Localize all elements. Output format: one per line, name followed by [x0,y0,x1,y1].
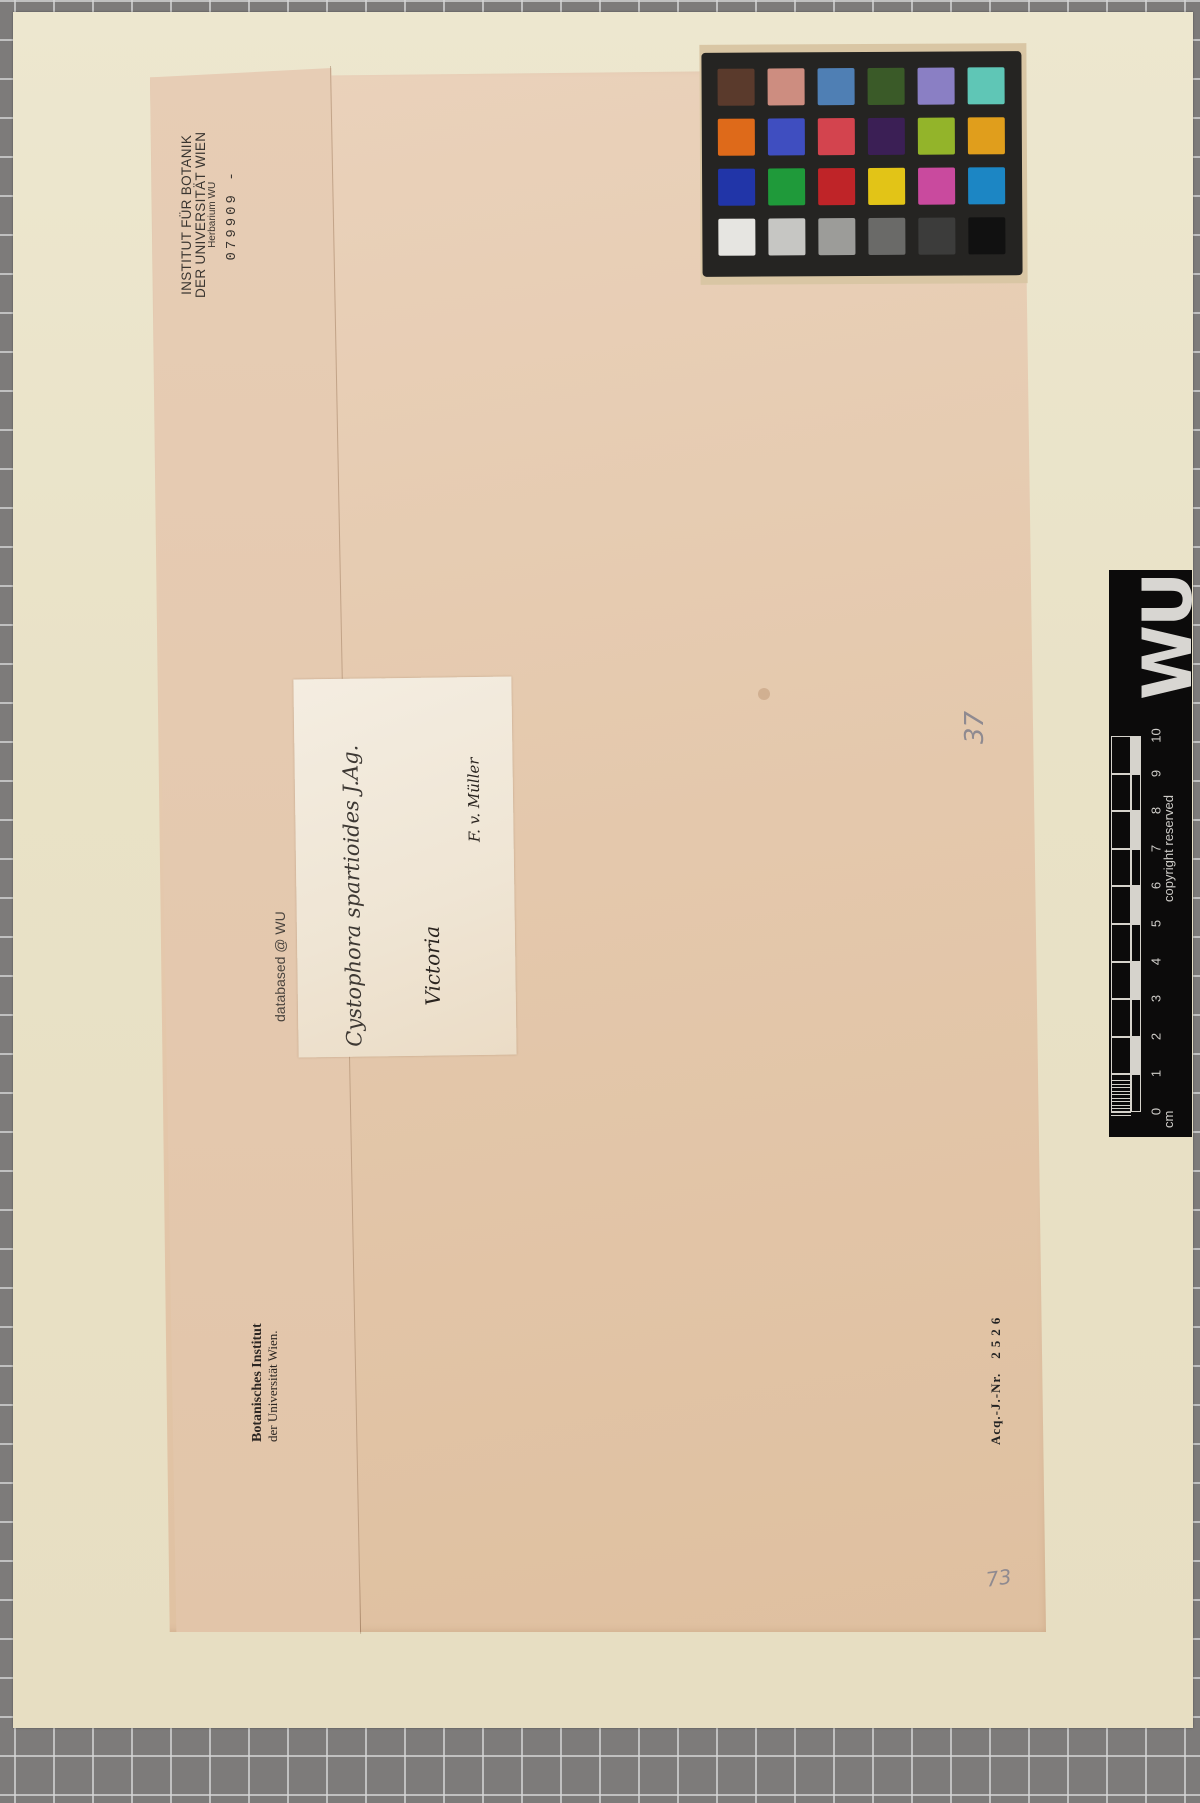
ruler-alternating-block [1131,924,1141,962]
ruler-alternating-block [1131,736,1141,774]
collector: F. v. Müller [464,757,483,842]
color-patch [718,119,755,156]
ruler-segment [1111,774,1131,812]
color-patch [717,69,754,106]
ruler-tick-label: 8 [1149,801,1164,821]
color-patch [718,219,755,256]
ruler-segment [1111,811,1131,849]
color-patch [968,217,1005,254]
ruler-tick-label: 1 [1149,1064,1164,1084]
handwritten-specimen-label: Cystophora spartioides J.Ag. Victoria F.… [293,676,516,1057]
ruler-alternating-block [1131,1037,1141,1075]
color-patch [967,67,1004,104]
ruler-alternating-block [1131,1074,1141,1112]
ruler-segment [1111,736,1131,774]
centimeter-ruler: 012345678910 [1111,736,1141,1118]
ruler-alternating-block [1131,999,1141,1037]
ruler-segment [1111,999,1131,1037]
scale-brand-logo: WU [1129,574,1200,700]
ruler-tick-label: 6 [1149,876,1164,896]
ruler-segment [1111,886,1131,924]
color-patch [768,118,805,155]
stamp-line-1: INSTITUT FÜR BOTANIK [180,132,194,298]
ruler-tick-label: 9 [1149,763,1164,783]
color-patch [917,68,954,105]
ruler-tick-label: 4 [1149,951,1164,971]
ruler-alternating-block [1131,849,1141,887]
color-patch [868,218,905,255]
color-patch [818,118,855,155]
ruler-segment [1111,1037,1131,1075]
ruler-tick-label: 10 [1149,726,1164,746]
databased-stamp: databased @ WU [272,911,288,1022]
color-patch [817,68,854,105]
ruler-segment [1111,849,1131,887]
color-patch [867,68,904,105]
ruler-tick-label: 7 [1149,838,1164,858]
printed-envelope-label: Botanisches Institut der Universität Wie… [250,1323,281,1442]
taxon-name: Cystophora spartioides J.Ag. [338,745,366,1047]
color-patch [918,218,955,255]
color-patch [918,168,955,205]
ruler-alternating-block [1131,774,1141,812]
color-patch [818,218,855,255]
stain-spot [758,688,770,700]
ruler-segment [1111,924,1131,962]
ruler-segment [1111,962,1131,1000]
scale-bar: WU copyright reserved cm 012345678910 [1109,570,1192,1137]
ruler-tick-label: 3 [1149,989,1164,1009]
stamp-line-3: Herbarium WU [208,132,219,298]
ruler-tick-label: 0 [1149,1102,1164,1122]
pencil-note-bottom: 73 [984,1564,1013,1591]
ruler-alternating-block [1131,886,1141,924]
millimeter-ticks [1111,1080,1131,1116]
ruler-alternating-block [1131,962,1141,1000]
printed-label-line-2: der Universität Wien. [266,1323,281,1442]
color-patch [818,168,855,205]
accession-number: Acq.-J.-Nr.2526 [988,1313,1004,1445]
barcode-number: 079909 - [225,132,240,298]
color-patch [767,68,804,105]
color-patch [918,118,955,155]
stamp-line-2: DER UNIVERSITÄT WIEN [194,132,208,298]
color-patch [768,168,805,205]
pencil-note-top: 37 [960,711,990,744]
color-patch [868,118,905,155]
ruler-tick-label: 2 [1149,1026,1164,1046]
printed-label-line-1: Botanisches Institut [250,1323,266,1442]
accession-label: Acq.-J.-Nr. [988,1373,1003,1445]
institution-stamp: INSTITUT FÜR BOTANIK DER UNIVERSITÄT WIE… [180,132,240,298]
color-patch [968,167,1005,204]
ruler-alternating-block [1131,811,1141,849]
ruler-tick-label: 5 [1149,914,1164,934]
color-patch [968,117,1005,154]
color-patch [868,168,905,205]
color-patch [718,169,755,206]
color-patch [768,218,805,255]
locality: Victoria [420,926,445,1006]
accession-value: 2526 [988,1313,1003,1359]
color-checker [701,51,1022,277]
